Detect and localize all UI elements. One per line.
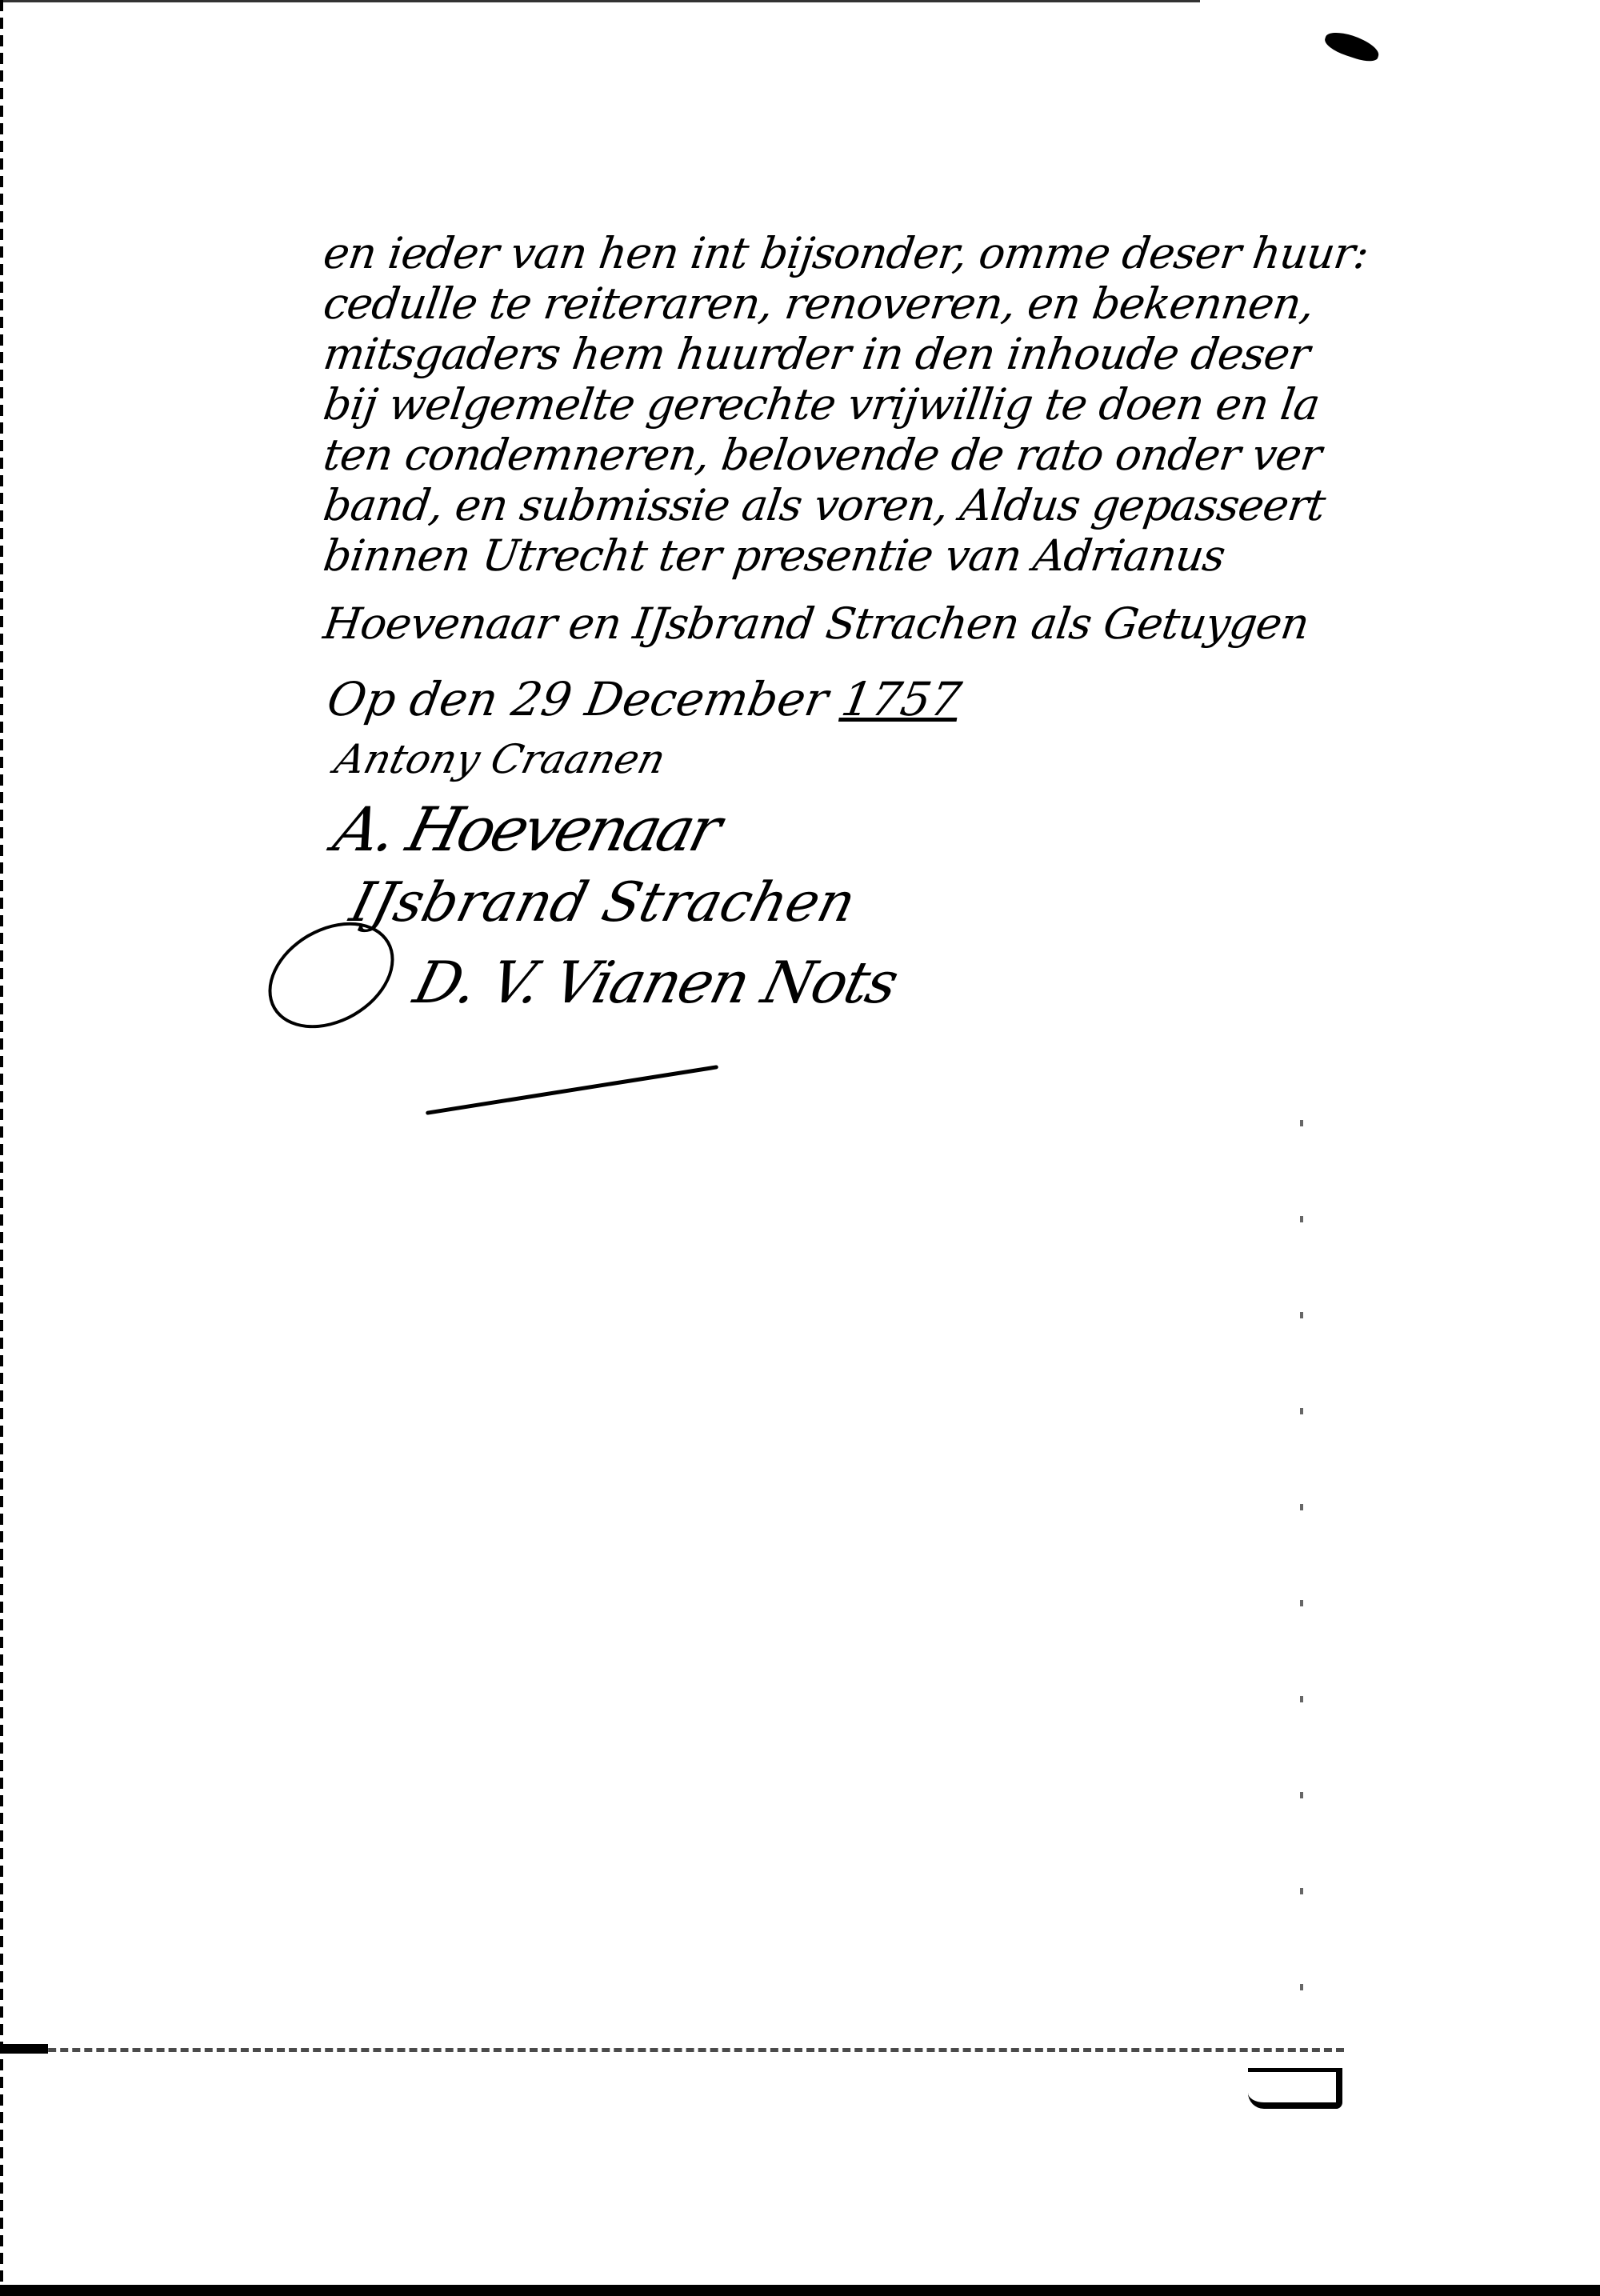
body-line: band, en submissie als voren, Aldus gepa…	[321, 480, 1336, 530]
signature-ijsbrand-strachen: IJsbrand Strachen	[344, 871, 903, 934]
body-line: bij welgemelte gerechte vrijwillig te do…	[321, 379, 1336, 430]
page-left-edge	[0, 0, 3, 2288]
body-line: Hoevenaar en IJsbrand Strachen als Getuy…	[321, 598, 1336, 649]
signature-antony-craanen: Antony Craanen	[330, 736, 902, 782]
page-top-edge	[0, 0, 1200, 2]
date-prefix: Op den 29 December	[323, 672, 832, 726]
body-line: mitsgaders hem huurder in den inhoude de…	[321, 329, 1336, 379]
page-bottom-edge	[0, 2285, 1600, 2296]
signature-underline	[426, 1065, 718, 1115]
body-line: binnen Utrecht ter presentie van Adrianu…	[321, 530, 1336, 581]
page-fold-specks	[1300, 1120, 1303, 2080]
page-corner-mark	[1248, 2068, 1342, 2109]
scanned-document-page: en ieder van hen int bijsonder, omme des…	[0, 0, 1600, 2296]
page-fold-line	[0, 2048, 1344, 2052]
signature-a-hoevenaar: A. Hoevenaar	[327, 794, 904, 865]
date-line: Op den 29 December 1757	[323, 672, 965, 726]
deed-body-text: en ieder van hen int bijsonder, omme des…	[324, 228, 1332, 649]
body-line: ten condemneren, belovende de rato onder…	[321, 430, 1336, 480]
date-year: 1757	[838, 672, 966, 726]
signature-notary: D. V. Vianen Nots	[408, 949, 904, 1016]
body-line: cedulle te reiteraren, renoveren, en bek…	[321, 278, 1336, 329]
ink-blot-mark	[1322, 28, 1382, 65]
signature-block: Antony Craanen A. Hoevenaar IJsbrand Str…	[328, 736, 895, 1016]
body-line: en ieder van hen int bijsonder, omme des…	[321, 228, 1336, 278]
